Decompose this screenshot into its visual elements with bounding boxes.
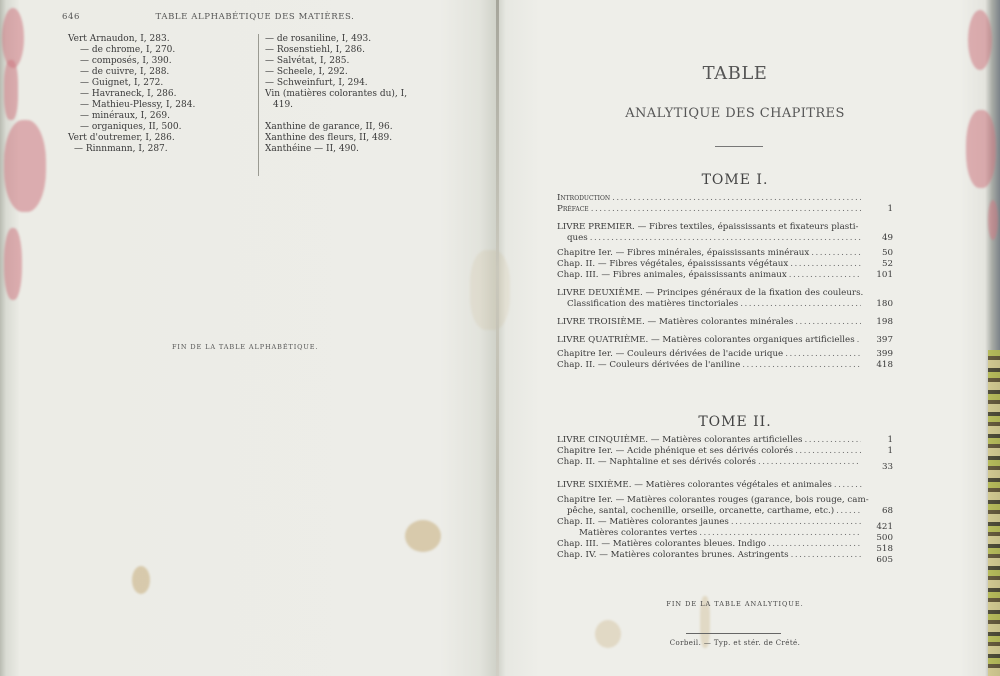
spacer [557,215,893,222]
toc-entry: Chap. II. — Matières colorantes jaunes42… [557,517,893,528]
index-entry: — minéraux, I, 269. [68,111,248,122]
toc-page: 52 [863,259,893,270]
toc-label: Classification des matières tinctoriales [557,299,738,310]
dot-leader [836,506,861,517]
toc-label: LIVRE SIXIÈME. — Matières colorantes vég… [557,480,832,491]
toc-page: 50 [863,248,893,259]
index-entry: — de cuivre, I, 288. [68,67,248,78]
dot-leader [811,248,861,259]
index-column-a: Vert Arnaudon, I, 283. — de chrome, I, 2… [68,34,248,155]
toc-entry-continuation: ques49 [557,233,893,244]
index-entry: — organiques, II, 500. [68,122,248,133]
toc-label: ques [557,233,588,244]
toc-page: 399 [863,349,893,360]
index-entry: — de rosaniline, I, 493. [265,34,448,45]
index-entry-text: Vin (matières colorantes du), I, [265,89,407,99]
title-rule [715,146,763,147]
dot-leader [731,517,861,528]
toc-label: Chap. II. — Fibres végétales, épaississa… [557,259,788,270]
toc-entry-continuation: Classification des matières tinctoriales… [557,299,893,310]
index-entry: Vert d'outremer, I, 286. [68,133,248,144]
index-entry: — Guignet, I, 272. [68,78,248,89]
toc-entry: Chap. III. — Matières colorantes bleues.… [557,539,893,550]
index-entry-continuation: 419. [265,100,436,111]
toc-label: Chap. II. — Naphtaline et ses dérivés co… [557,457,756,468]
toc-entry: Matières colorantes vertes500 [557,528,893,539]
toc-label: LIVRE CINQUIÈME. — Matières colorantes a… [557,435,802,446]
toc-page: 418 [863,360,893,371]
spacer [557,328,893,335]
dot-leader [790,259,861,270]
tome-2-heading: TOME II. [600,414,870,430]
index-entry: Vert Arnaudon, I, 283. [68,34,248,45]
index-column-b: — de rosaniline, I, 493. — Rosenstiehl, … [258,34,448,176]
index-entry: — de chrome, I, 270. [68,45,248,56]
toc-entry: LIVRE PREMIER. — Fibres textiles, épaiss… [557,222,893,233]
toc-entry: LIVRE TROISIÈME. — Matières colorantes m… [557,317,893,328]
toc-entry: Chapitre Ier. — Matières colorantes roug… [557,495,893,506]
toc-entry: Introduction [557,193,893,204]
toc-entry: Chapitre Ier. — Fibres minérales, épaiss… [557,248,893,259]
toc-tome-1: Introduction Préface1 LIVRE PREMIER. — F… [557,193,893,371]
imprint-rule [686,633,781,634]
toc-entry: Chapitre Ier. — Acide phénique et ses dé… [557,446,893,457]
book-spread: 646 TABLE ALPHABÉTIQUE DES MATIÈRES. Ver… [0,0,1000,676]
dot-leader [699,528,861,539]
toc-entry-continuation: pêche, santal, cochenille, orseille, orc… [557,506,893,517]
index-entry: Vin (matières colorantes du), I, 419. [265,89,448,111]
toc-page: 1 [863,204,893,215]
toc-page: 605 [863,555,893,566]
toc-entry: Chapitre Ier. — Couleurs dérivées de l'a… [557,349,893,360]
toc-page: 500 [863,533,893,544]
toc-entry: LIVRE DEUXIÈME. — Principes généraux de … [557,288,893,299]
dot-leader [834,480,864,491]
dot-leader [785,349,861,360]
dot-leader [795,446,861,457]
dot-leader [591,204,861,215]
index-entry: — Havraneck, I, 286. [68,89,248,100]
toc-page: 68 [863,506,893,517]
dot-leader [590,233,861,244]
toc-entry: Chap. III. — Fibres animales, épaississa… [557,270,893,281]
end-note-alphabetique: FIN DE LA TABLE ALPHABÉTIQUE. [172,343,318,351]
toc-page: 1 [863,435,893,446]
toc-label: LIVRE PREMIER. — Fibres textiles, épaiss… [557,222,858,233]
toc-page: 101 [863,270,893,281]
toc-label: Chap. III. — Fibres animales, épaississa… [557,270,787,281]
toc-label: Matières colorantes vertes [557,528,697,539]
toc-entry: Préface1 [557,204,893,215]
page-number: 646 [62,12,80,22]
running-header: 646 TABLE ALPHABÉTIQUE DES MATIÈRES. [70,12,440,22]
toc-page: 421 [863,522,893,533]
toc-label: Chap. III. — Matières colorantes bleues.… [557,539,766,550]
page-subtitle: ANALYTIQUE DES CHAPITRES [600,106,870,121]
dot-leader [857,335,861,346]
toc-label: Chap. II. — Matières colorantes jaunes [557,517,729,528]
index-entry: — Rinnmann, I, 287. [68,144,248,155]
index-entry: — Rosenstiehl, I, 286. [265,45,448,56]
tome-1-heading: TOME I. [600,172,870,188]
toc-entry: LIVRE QUATRIÈME. — Matières colorantes o… [557,335,893,346]
index-entry: Xanthine de garance, II, 96. [265,122,448,133]
spacer [265,111,448,122]
dot-leader [742,360,861,371]
spacer [557,310,893,317]
spacer [557,468,893,480]
toc-label: Chap. IV. — Matières colorantes brunes. … [557,550,789,561]
dot-leader [804,435,861,446]
toc-page: 180 [863,299,893,310]
toc-page: 198 [863,317,893,328]
dot-leader [740,299,861,310]
running-head-title: TABLE ALPHABÉTIQUE DES MATIÈRES. [70,12,440,22]
index-entry: Xanthéine — II, 490. [265,144,448,155]
toc-entry: Chap. II. — Fibres végétales, épaississa… [557,259,893,270]
page-title: TABLE [650,63,820,84]
dot-leader [612,193,861,204]
toc-label: Introduction [557,193,610,204]
toc-label: Chapitre Ier. — Fibres minérales, épaiss… [557,248,809,259]
index-entry: — composés, I, 390. [68,56,248,67]
toc-page: 49 [863,233,893,244]
toc-entry: LIVRE SIXIÈME. — Matières colorantes vég… [557,480,893,491]
index-entry: Xanthine des fleurs, II, 489. [265,133,448,144]
index-entry: — Scheele, I, 292. [265,67,448,78]
index-entry: — Schweinfurt, I, 294. [265,78,448,89]
end-note-analytique: FIN DE LA TABLE ANALYTIQUE. [600,600,870,608]
toc-page: 397 [863,335,893,346]
dot-leader [768,539,861,550]
toc-label: Chapitre Ier. — Couleurs dérivées de l'a… [557,349,783,360]
toc-label: LIVRE DEUXIÈME. — Principes généraux de … [557,288,863,299]
toc-label: Préface [557,204,589,215]
dot-leader [789,270,861,281]
index-entry: — Salvétat, I, 285. [265,56,448,67]
index-entry: — Mathieu-Plessy, I, 284. [68,100,248,111]
toc-label: LIVRE QUATRIÈME. — Matières colorantes o… [557,335,855,346]
toc-page: 1 [863,446,893,457]
toc-label: pêche, santal, cochenille, orseille, orc… [557,506,834,517]
toc-entry: LIVRE CINQUIÈME. — Matières colorantes a… [557,435,893,446]
toc-entry: Chap. II. — Naphtaline et ses dérivés co… [557,457,893,468]
spacer [557,281,893,288]
toc-label: Chap. II. — Couleurs dérivées de l'anili… [557,360,740,371]
toc-entry: Chap. II. — Couleurs dérivées de l'anili… [557,360,893,371]
toc-page: 33 [863,462,893,473]
printer-imprint: Corbeil. — Typ. et stér. de Crété. [600,639,870,647]
toc-label: Chapitre Ier. — Matières colorantes roug… [557,495,869,506]
toc-tome-2: LIVRE CINQUIÈME. — Matières colorantes a… [557,435,893,561]
dot-leader [791,550,861,561]
toc-label: Chapitre Ier. — Acide phénique et ses dé… [557,446,793,457]
toc-page: 518 [863,544,893,555]
toc-entry: Chap. IV. — Matières colorantes brunes. … [557,550,893,561]
dot-leader [795,317,861,328]
dot-leader [758,457,861,468]
toc-label: LIVRE TROISIÈME. — Matières colorantes m… [557,317,793,328]
